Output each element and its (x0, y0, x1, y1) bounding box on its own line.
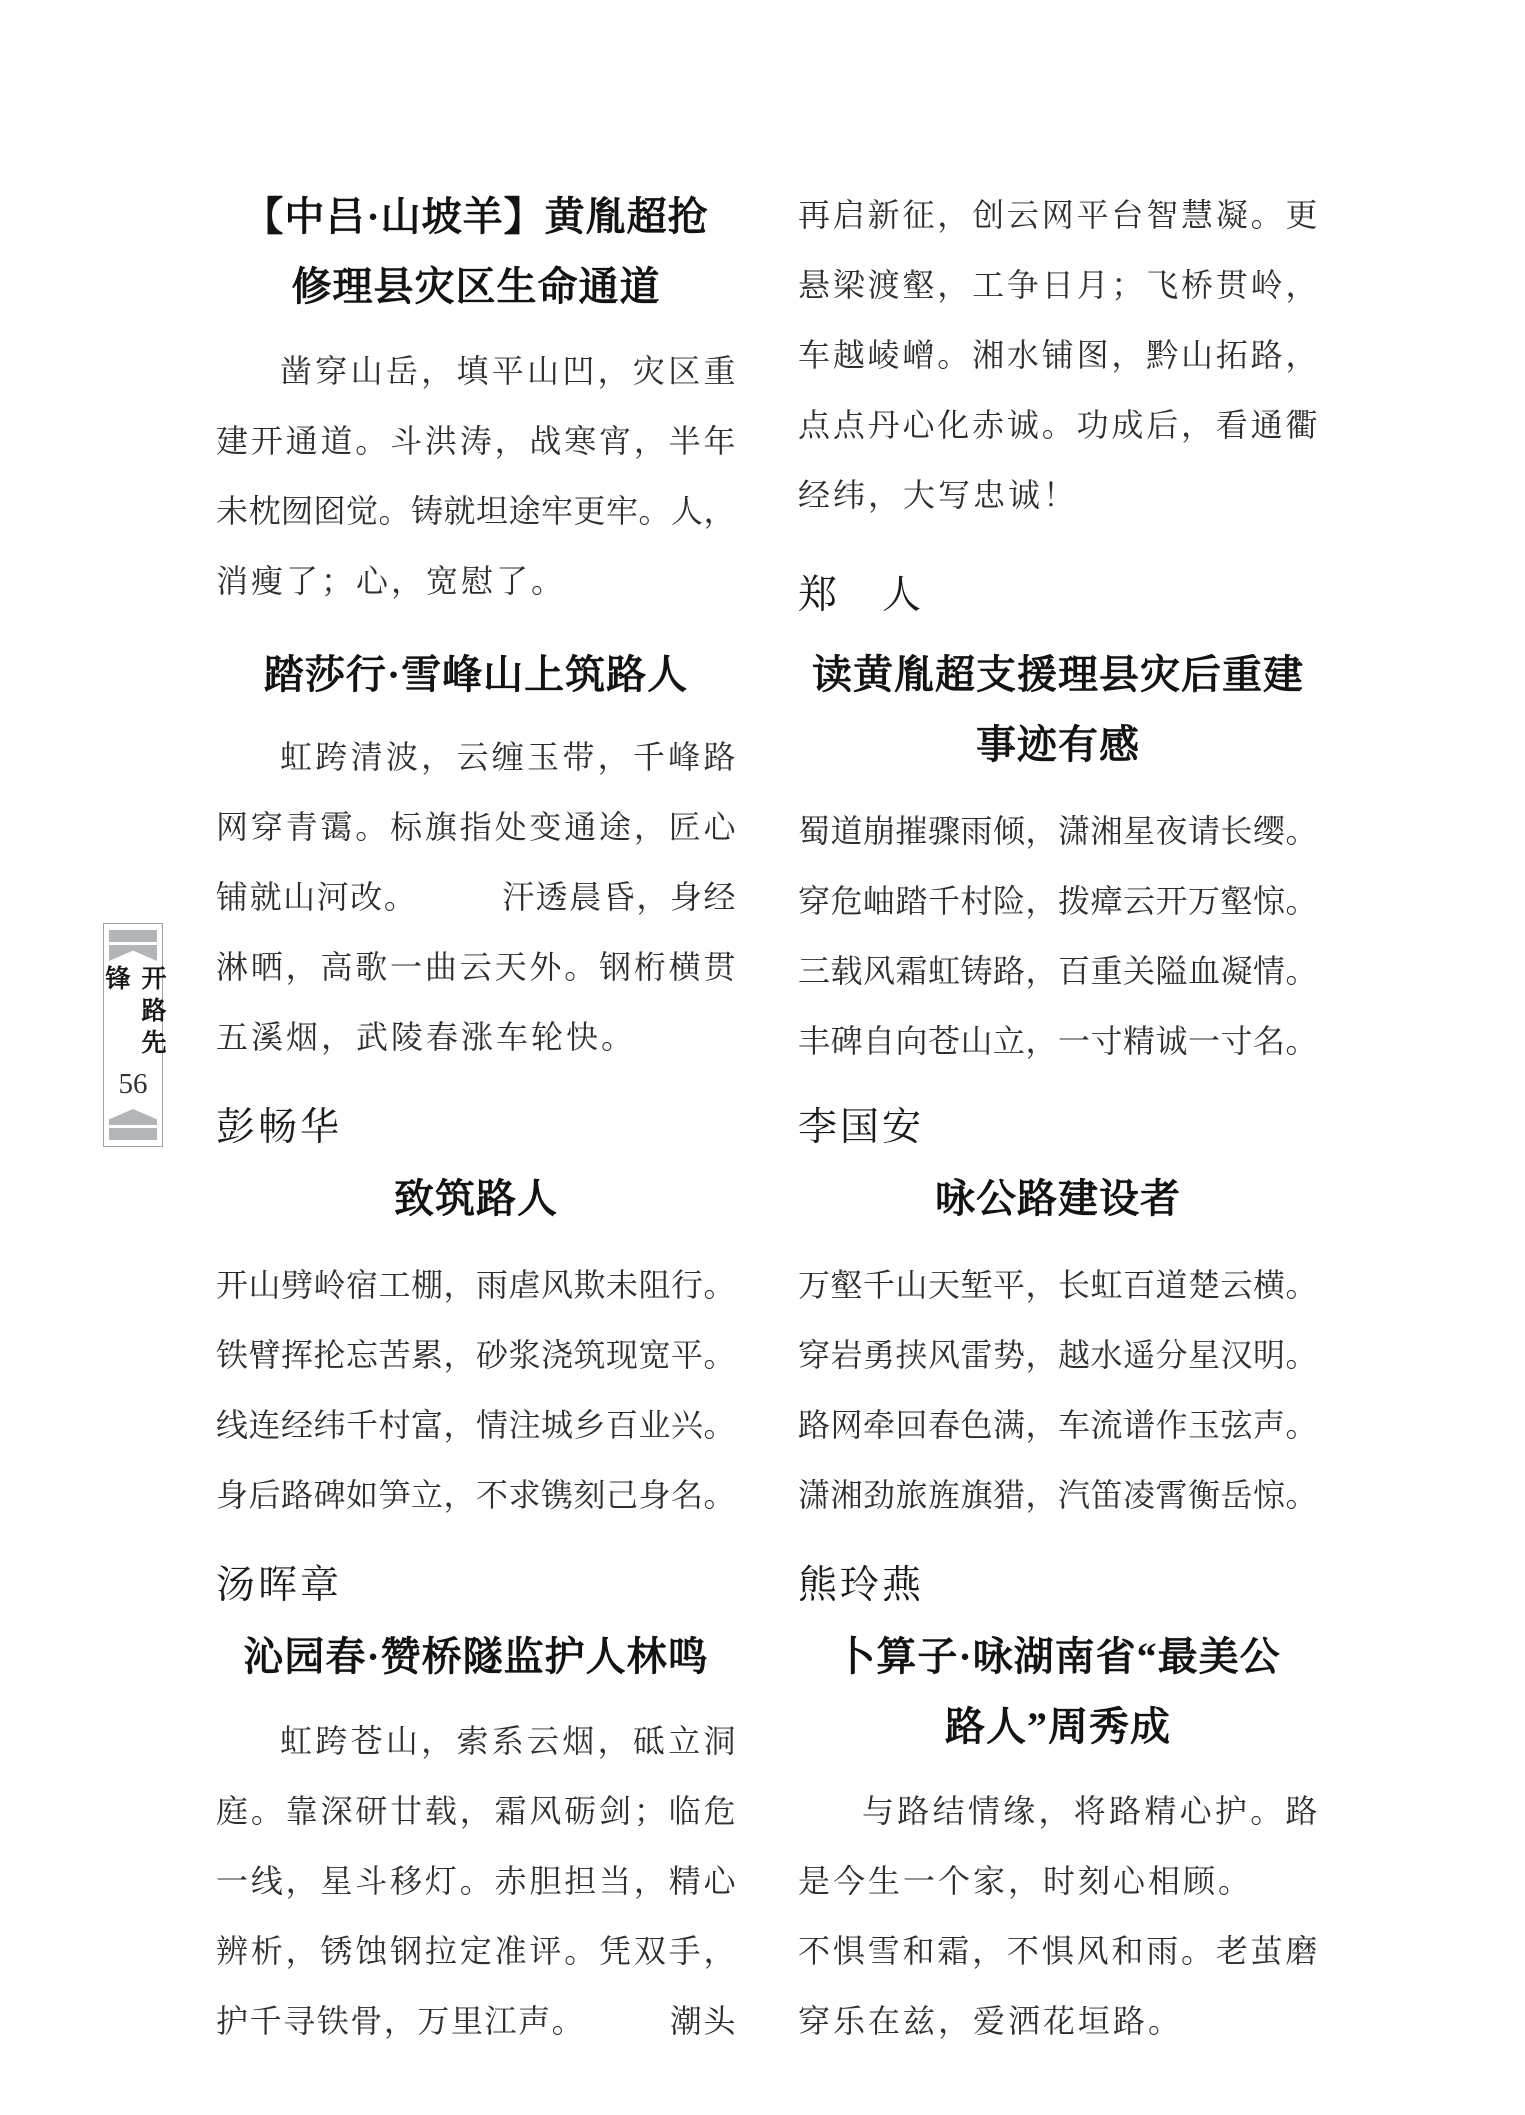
banner-ribbon-top-icon (109, 945, 157, 961)
author-name: 熊玲燕 (798, 1556, 1318, 1616)
poem-line: 虹跨清波，云缠玉带，千峰路 (216, 722, 736, 792)
poem-line: 凿穿山岳，填平山凹，灾区重 (216, 336, 736, 406)
poem-line: 身后路碑如笋立，不求镌刻己身名。 (216, 1460, 736, 1530)
poem-title-block: 读黄胤超支援理县灾后重建 事迹有感 (798, 640, 1318, 780)
poem-line: 铁臂挥抡忘苦累，砂浆浇筑现宽平。 (216, 1320, 736, 1390)
page-number: 56 (119, 1068, 148, 1101)
poem-body: 凿穿山岳，填平山凹，灾区重建开通道。斗洪涛，战寒宵，半年未枕囫囵觉。铸就坦途牢更… (216, 336, 736, 616)
banner-top-bar (109, 930, 157, 942)
poem-line: 悬梁渡壑，工争日月；飞桥贯岭， (798, 250, 1318, 320)
poem-body: 万壑千山天堑平，长虹百道楚云横。穿岩勇挟风雷势，越水遥分星汉明。路网牵回春色满，… (798, 1250, 1318, 1530)
poem-line: 再启新征，创云网平台智慧凝。更 (798, 180, 1318, 250)
poem-line: 万壑千山天堑平，长虹百道楚云横。 (798, 1250, 1318, 1320)
left-column: 【中吕·山坡羊】黄胤超抢 修理县灾区生命通道 凿穿山岳，填平山凹，灾区重建开通道… (216, 0, 736, 2115)
banner-ribbon-bottom-icon (109, 1109, 157, 1125)
side-banner: 开路先锋 56 (103, 923, 163, 1147)
poem-body: 虹跨清波，云缠玉带，千峰路网穿青霭。标旗指处变通途，匠心铺就山河改。 汗透晨昏，… (216, 722, 736, 1072)
poem-line: 经纬，大写忠诚！ (798, 460, 1318, 530)
poem-line: 辨析，锈蚀钢拉定准评。凭双手， (216, 1916, 736, 1986)
poem-line: 庭。靠深研廿载，霜风砺剑；临危 (216, 1776, 736, 1846)
poem-title: 【中吕·山坡羊】黄胤超抢 (216, 182, 736, 252)
poem-line: 淋晒，高歌一曲云天外。钢桁横贯 (216, 932, 736, 1002)
poem-line: 不惧雪和霜，不惧风和雨。老茧磨 (798, 1916, 1318, 1986)
poem-line: 三载风霜虹铸路，百重关隘血凝情。 (798, 936, 1318, 1006)
poem-title-block: 【中吕·山坡羊】黄胤超抢 修理县灾区生命通道 (216, 182, 736, 322)
poem-line: 铺就山河改。 汗透晨昏，身经 (216, 862, 736, 932)
poem-body: 虹跨苍山，索系云烟，砥立洞庭。靠深研廿载，霜风砺剑；临危一线，星斗移灯。赤胆担当… (216, 1706, 736, 2056)
poem-title-block: 致筑路人 (216, 1164, 736, 1234)
poem-title-block: 卜算子·咏湖南省“最美公 路人”周秀成 (798, 1622, 1318, 1762)
poem-title-block: 踏莎行·雪峰山上筑路人 (216, 640, 736, 710)
poem-line: 穿危岫踏千村险，拨瘴云开万壑惊。 (798, 866, 1318, 936)
poem-line: 消瘦了；心，宽慰了。 (216, 546, 736, 616)
poem-body: 与路结情缘，将路精心护。路是今生一个家，时刻心相顾。不惧雪和霜，不惧风和雨。老茧… (798, 1776, 1318, 2056)
poem-line: 虹跨苍山，索系云烟，砥立洞 (216, 1706, 736, 1776)
poem-line: 建开通道。斗洪涛，战寒宵，半年 (216, 406, 736, 476)
poem-title: 事迹有感 (798, 710, 1318, 780)
poem-line: 一线，星斗移灯。赤胆担当，精心 (216, 1846, 736, 1916)
poem-title: 踏莎行·雪峰山上筑路人 (216, 640, 736, 710)
poem-title: 路人”周秀成 (798, 1692, 1318, 1762)
poem-line: 穿岩勇挟风雷势，越水遥分星汉明。 (798, 1320, 1318, 1390)
book-edge-title: 开路先锋 (97, 965, 169, 1066)
poem-line: 蜀道崩摧骤雨倾，潇湘星夜请长缨。 (798, 796, 1318, 866)
poem-title: 咏公路建设者 (798, 1164, 1318, 1234)
poem-line: 丰碑自向苍山立，一寸精诚一寸名。 (798, 1006, 1318, 1076)
poem-line: 护千寻铁骨，万里江声。 潮头 (216, 1986, 736, 2056)
poem-line: 开山劈岭宿工棚，雨虐风欺未阻行。 (216, 1250, 736, 1320)
poem-title: 卜算子·咏湖南省“最美公 (798, 1622, 1318, 1692)
banner-bottom-bar (109, 1128, 157, 1140)
poem-line: 车越崚嶒。湘水铺图，黔山拓路， (798, 320, 1318, 390)
poem-line: 潇湘劲旅旌旗猎，汽笛凌霄衡岳惊。 (798, 1460, 1318, 1530)
poem-title: 沁园春·赞桥隧监护人林鸣 (216, 1622, 736, 1692)
poem-body: 蜀道崩摧骤雨倾，潇湘星夜请长缨。穿危岫踏千村险，拨瘴云开万壑惊。三载风霜虹铸路，… (798, 796, 1318, 1076)
poem-title-block: 沁园春·赞桥隧监护人林鸣 (216, 1622, 736, 1692)
poem-line: 与路结情缘，将路精心护。路 (798, 1776, 1318, 1846)
right-column: 再启新征，创云网平台智慧凝。更悬梁渡壑，工争日月；飞桥贯岭，车越崚嶒。湘水铺图，… (798, 0, 1318, 2115)
poem-line: 路网牵回春色满，车流谱作玉弦声。 (798, 1390, 1318, 1460)
poem-title: 读黄胤超支援理县灾后重建 (798, 640, 1318, 710)
poem-title: 修理县灾区生命通道 (216, 252, 736, 322)
poem-line: 穿乐在兹，爱洒花垣路。 (798, 1986, 1318, 2056)
poem-line: 点点丹心化赤诚。功成后，看通衢 (798, 390, 1318, 460)
poem-title-block: 咏公路建设者 (798, 1164, 1318, 1234)
poem-title: 致筑路人 (216, 1164, 736, 1234)
poem-line: 网穿青霭。标旗指处变通途，匠心 (216, 792, 736, 862)
poem-line: 是今生一个家，时刻心相顾。 (798, 1846, 1318, 1916)
poem-line: 五溪烟，武陵春涨车轮快。 (216, 1002, 736, 1072)
author-name: 汤晖章 (216, 1556, 736, 1616)
author-name: 彭畅华 (216, 1098, 736, 1158)
poem-line: 未枕囫囵觉。铸就坦途牢更牢。人， (216, 476, 736, 546)
author-name: 李国安 (798, 1098, 1318, 1158)
poem-line: 线连经纬千村富，情注城乡百业兴。 (216, 1390, 736, 1460)
poem-body: 再启新征，创云网平台智慧凝。更悬梁渡壑，工争日月；飞桥贯岭，车越崚嶒。湘水铺图，… (798, 180, 1318, 530)
poem-body: 开山劈岭宿工棚，雨虐风欺未阻行。铁臂挥抡忘苦累，砂浆浇筑现宽平。线连经纬千村富，… (216, 1250, 736, 1530)
author-name: 郑 人 (798, 566, 1318, 626)
